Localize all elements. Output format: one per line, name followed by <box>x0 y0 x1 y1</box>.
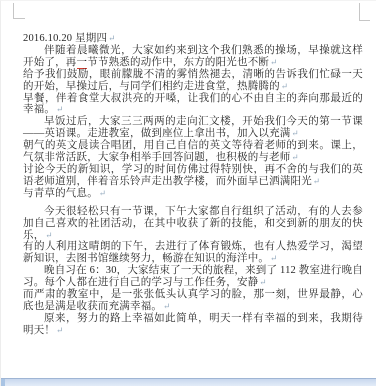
paragraph: 2016.10.20 星期四↵ <box>23 33 363 45</box>
paragraph: 晚自习在 6：30，大家结束了一天的旅程，来到了 112 教室进行晚自习。每个人… <box>23 265 363 289</box>
document-page: 2016.10.20 星期四↵伴随着晨曦微光，大家如约来到这个我们熟悉的操场，早… <box>0 0 376 386</box>
paragraph-mark-icon: ↵ <box>270 57 277 67</box>
paragraph: 原来，努力的路上幸福如此简单，明天一样有幸福的到来，我期待明天！↵ <box>23 313 363 337</box>
paragraph: 而严肃的教室中，是一张张低头认真学习的脸，那一刻，世界最静，心底也是满是收获而充… <box>23 289 363 313</box>
document-text-area[interactable]: 2016.10.20 星期四↵伴随着晨曦微光，大家如约来到这个我们熟悉的操场，早… <box>23 33 363 337</box>
paragraph-mark-icon: ↵ <box>108 33 115 43</box>
paragraph-mark-icon: ↵ <box>163 301 170 311</box>
paragraph-mark-icon: ↵ <box>45 230 52 240</box>
paragraph: 早饭过后，大家三三两两的走向汇文楼，开始我们今天的第一节课——英语课。走进教室，… <box>23 116 363 140</box>
paragraph-mark-icon: ↵ <box>281 81 288 91</box>
paragraph: 给予我们鼓励，眼前朦胧不清的雾悄然褪去，清晰的告诉我们忙碌一天的开始，早操过后，… <box>23 69 363 93</box>
paragraph-mark-icon: ↵ <box>292 152 299 162</box>
paragraph-mark-icon: ↵ <box>56 325 63 335</box>
spellcheck-underlined-text: 一 <box>77 57 88 69</box>
paragraph: 有的人利用这晴朗的下午，去进行了体育锻炼，也有人热爱学习，渴望新知识，去图书馆继… <box>23 241 363 265</box>
paragraph: 今天很轻松只有一节课，下午大家都自行组织了活动，有的人去参加自己喜欢的社团活动，… <box>23 206 363 242</box>
paragraph-mark-icon: ↵ <box>259 277 266 287</box>
paragraph: 早餐，伴着食堂大叔洪亮的开嗓，让我们的心不由自主的奔向那最近的幸福。↵ <box>23 93 363 117</box>
paragraph: 伴随着晨曦微光，大家如约来到这个我们熟悉的操场，早操就这样开始了，再一节节熟悉的… <box>23 45 363 69</box>
taskbar-left-cap <box>1 379 5 386</box>
page-margin-corner-icon <box>13 3 25 19</box>
paragraph-mark-icon: ↵ <box>313 176 320 186</box>
paragraph-mark-icon: ↵ <box>270 253 277 263</box>
paragraph: 与青草的气息。↵ <box>23 188 363 200</box>
paragraph-mark-icon: ↵ <box>292 128 299 138</box>
paragraph: 朝气的英文晨读合唱团，用自己自信的英文等待着老师的到来。课上，气氛非常活跃，大家… <box>23 140 363 164</box>
paragraph-mark-icon: ↵ <box>99 188 106 198</box>
paragraph-mark-icon: ↵ <box>56 104 63 114</box>
taskbar-edge[interactable] <box>1 378 376 386</box>
page-margin-corner-icon <box>359 3 370 21</box>
paragraph: 讨论今天的新知识，学习的时间仿佛过得特别快，再不舍的与我们的英语老师道别，伴着音… <box>23 164 363 188</box>
